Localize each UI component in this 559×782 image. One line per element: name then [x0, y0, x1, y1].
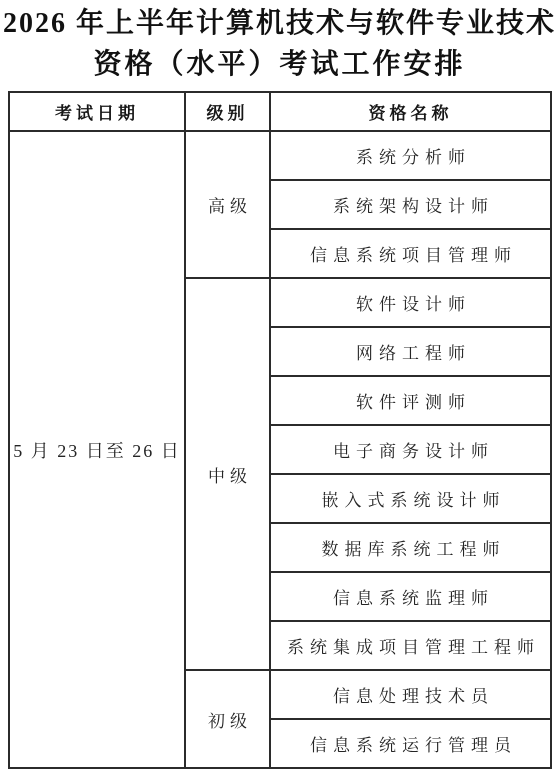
qualification-cell: 系统架构设计师: [270, 180, 551, 229]
exam-date-cell: 5 月 23 日至 26 日: [9, 131, 185, 768]
qualification-cell: 软件评测师: [270, 376, 551, 425]
column-header-level: 级别: [185, 92, 270, 131]
level-cell-senior: 高级: [185, 131, 270, 278]
qualification-cell: 系统集成项目管理工程师: [270, 621, 551, 670]
qualification-cell: 信息处理技术员: [270, 670, 551, 719]
qualification-cell: 嵌入式系统设计师: [270, 474, 551, 523]
title-line-1: 2026 年上半年计算机技术与软件专业技术: [0, 3, 559, 44]
page-title: 2026 年上半年计算机技术与软件专业技术 资格（水平）考试工作安排: [0, 3, 559, 85]
column-header-exam-date: 考试日期: [9, 92, 185, 131]
qualification-cell: 网络工程师: [270, 327, 551, 376]
table-row: 5 月 23 日至 26 日 高级 系统分析师: [9, 131, 551, 180]
qualification-cell: 系统分析师: [270, 131, 551, 180]
header-row: 考试日期 级别 资格名称: [9, 92, 551, 131]
level-cell-intermediate: 中级: [185, 278, 270, 670]
exam-schedule-table: 考试日期 级别 资格名称 5 月 23 日至 26 日 高级 系统分析师 系统架…: [8, 91, 552, 769]
qualification-cell: 软件设计师: [270, 278, 551, 327]
level-cell-junior: 初级: [185, 670, 270, 768]
qualification-cell: 数据库系统工程师: [270, 523, 551, 572]
qualification-cell: 电子商务设计师: [270, 425, 551, 474]
qualification-cell: 信息系统监理师: [270, 572, 551, 621]
title-line-2: 资格（水平）考试工作安排: [0, 44, 559, 85]
page: 2026 年上半年计算机技术与软件专业技术 资格（水平）考试工作安排 考试日期 …: [0, 0, 559, 782]
qualification-cell: 信息系统项目管理师: [270, 229, 551, 278]
qualification-cell: 信息系统运行管理员: [270, 719, 551, 768]
column-header-qualification: 资格名称: [270, 92, 551, 131]
